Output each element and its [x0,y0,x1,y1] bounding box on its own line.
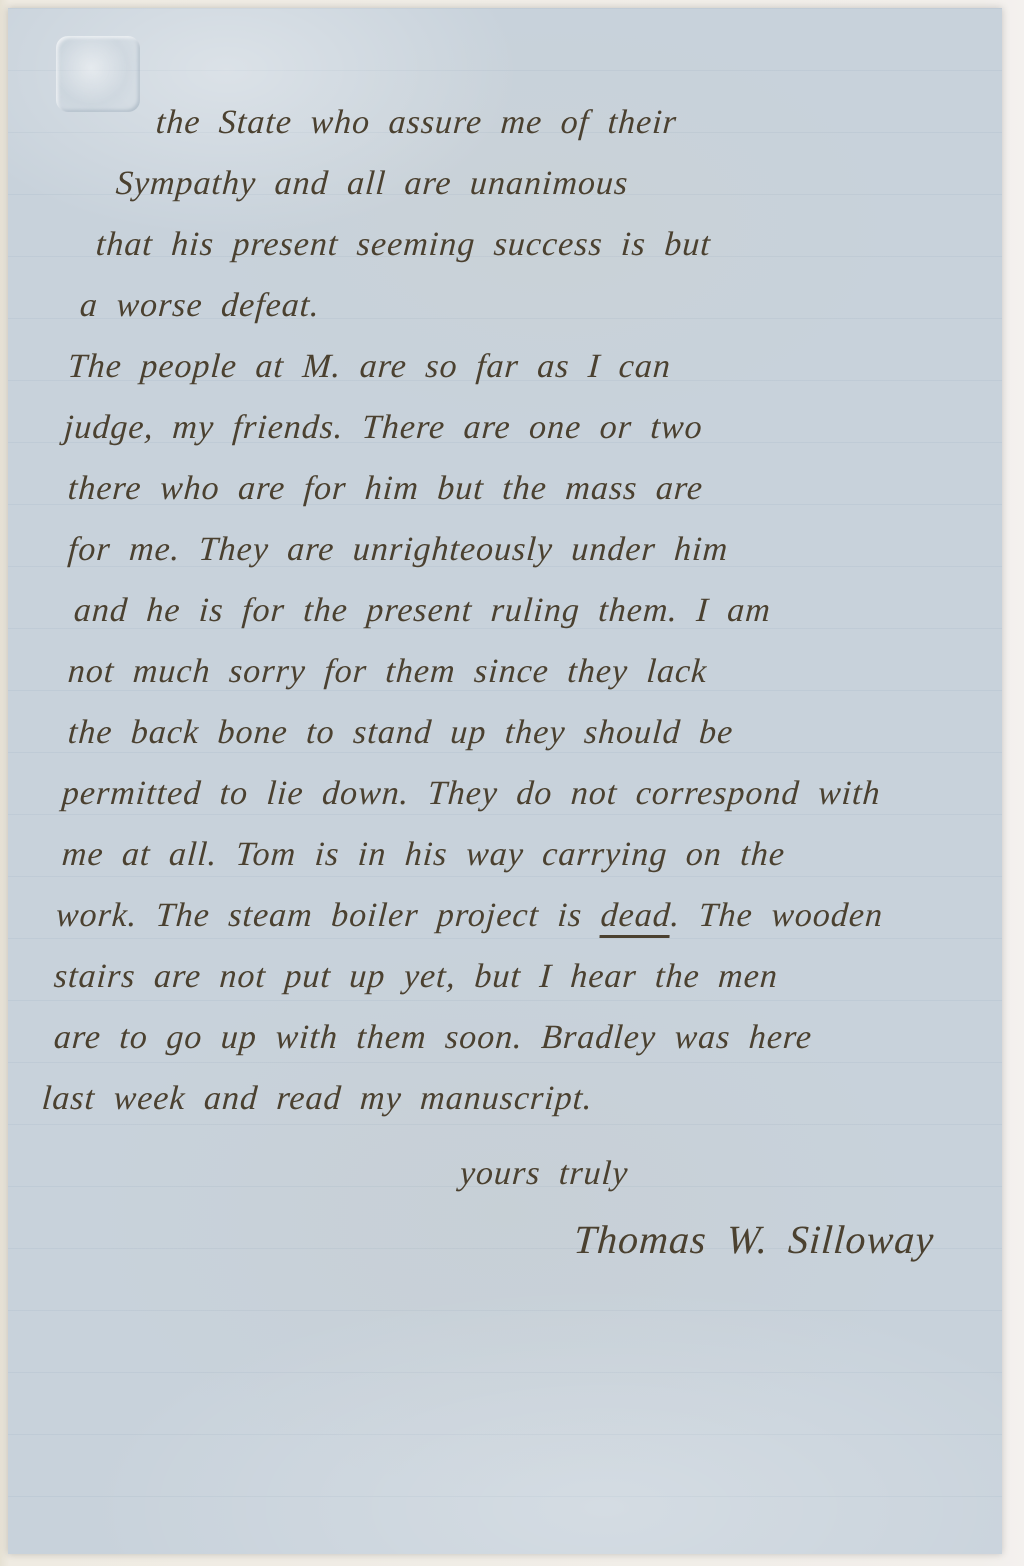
letter-line: The people at M. are so far as I can [66,336,1004,397]
letter-line: are to go up with them soon. Bradley was… [52,1007,1004,1068]
letter-line-segment: work. The steam boiler project is [55,897,602,934]
letter-paper: the State who assure me of their Sympath… [8,8,1002,1554]
letter-line: a worse defeat. [78,275,1004,336]
letter-line: judge, my friends. There are one or two [62,397,1004,458]
letter-line: stairs are not put up yet, but I hear th… [52,946,1004,1007]
letter-line: me at all. Tom is in his way carrying on… [60,824,1004,885]
letter-line: the back bone to stand up they should be [66,702,1004,763]
letter-line-segment: . The wooden [670,897,885,934]
letter-body: the State who assure me of their Sympath… [8,92,1002,1276]
letter-line: work. The steam boiler project is dead. … [54,885,1004,946]
letter-line: there who are for him but the mass are [66,458,1004,519]
letter-line: and he is for the present ruling them. I… [72,580,1004,641]
letter-line: the State who assure me of their [154,92,1004,153]
underlined-word: dead [599,897,672,938]
letter-line: for me. They are unrighteously under him [66,519,1004,580]
signature: Thomas W. Silloway [571,1204,1004,1276]
valediction: yours truly [458,1143,1004,1204]
letter-line: permitted to lie down. They do not corre… [60,763,1004,824]
letter-line: not much sorry for them since they lack [66,641,1004,702]
letter-line: that his present seeming success is but [94,214,1004,275]
letter-line: Sympathy and all are unanimous [114,153,1004,214]
letter-line: last week and read my manuscript. [40,1068,1004,1129]
